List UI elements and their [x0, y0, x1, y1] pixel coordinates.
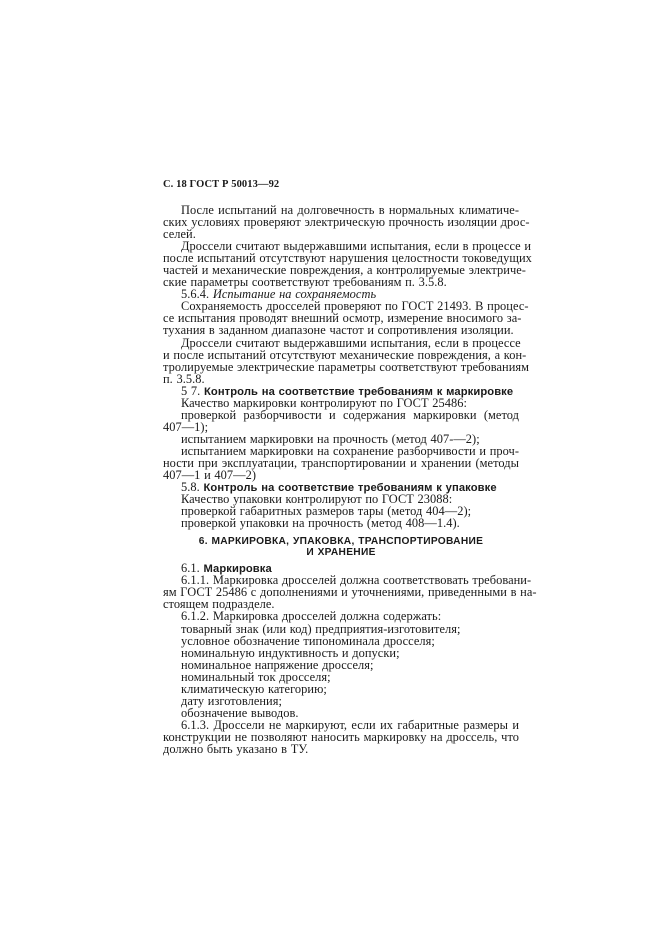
paragraph-6-1-3: 6.1.3. Дроссели не маркируют, если их га…: [163, 719, 519, 755]
marking-contents-list: товарный знак (или код) предприятия-изго…: [163, 623, 519, 719]
text-line: тролируемые электрические параметры соот…: [163, 361, 519, 373]
list-item: товарный знак (или код) предприятия-изго…: [163, 623, 519, 635]
running-head: С. 18 ГОСТ Р 50013—92: [163, 179, 519, 191]
text-line: ских условиях проверяют электрическую пр…: [163, 216, 519, 228]
list-item: климатическую категорию;: [163, 683, 519, 695]
text-line: должно быть указано в ТУ.: [163, 743, 519, 755]
text-line: 407—1 и 407—2): [163, 469, 519, 481]
section-heading-6: 6. МАРКИРОВКА, УПАКОВКА, ТРАНСПОРТИРОВАН…: [163, 537, 519, 558]
text-line: тухания в заданном диапазоне частот и со…: [163, 324, 519, 336]
document-body: После испытаний на долговечность в норма…: [163, 204, 519, 755]
text-line: и после испытаний отсутствуют механическ…: [163, 349, 519, 361]
text-line: проверкой упаковки на прочность (метод 4…: [163, 517, 519, 529]
text-line: 6.1.2. Маркировка дросселей должна содер…: [163, 610, 519, 622]
list-item: условное обозначение типономинала дроссе…: [163, 635, 519, 647]
text-line: Качество маркировки контролируют по ГОСТ…: [163, 397, 519, 409]
paragraph-durability-criteria: Дроссели считают выдержавшими испытания,…: [163, 240, 519, 288]
paragraph-durability-insulation: После испытаний на долговечность в норма…: [163, 204, 519, 240]
list-item: номинальное напряжение дросселя;: [163, 659, 519, 671]
paragraph-marking-preservation: испытанием маркировки на сохранение разб…: [163, 445, 519, 481]
text-line: Дроссели считают выдержавшими испытания,…: [163, 337, 519, 349]
document-page: С. 18 ГОСТ Р 50013—92 После испытаний на…: [163, 179, 519, 755]
list-item: номинальный ток дросселя;: [163, 671, 519, 683]
paragraph-marking-legibility: проверкой разборчивости и содержания мар…: [163, 409, 519, 433]
text-line: проверкой разборчивости и содержания мар…: [163, 409, 519, 421]
text-line: п. 3.5.8.: [163, 373, 519, 385]
paragraph-storage-test: Сохраняемость дросселей проверяют по ГОС…: [163, 300, 519, 336]
paragraph-6-1-1: 6.1.1. Маркировка дросселей должна соотв…: [163, 574, 519, 610]
subsection-heading-5-7: 5 7. Контроль на соответствие требования…: [163, 385, 519, 397]
list-item: номинальную индуктивность и допуски;: [163, 647, 519, 659]
section-heading-line: И ХРАНЕНИЕ: [163, 548, 519, 559]
paragraph-storage-criteria: Дроссели считают выдержавшими испытания,…: [163, 337, 519, 385]
